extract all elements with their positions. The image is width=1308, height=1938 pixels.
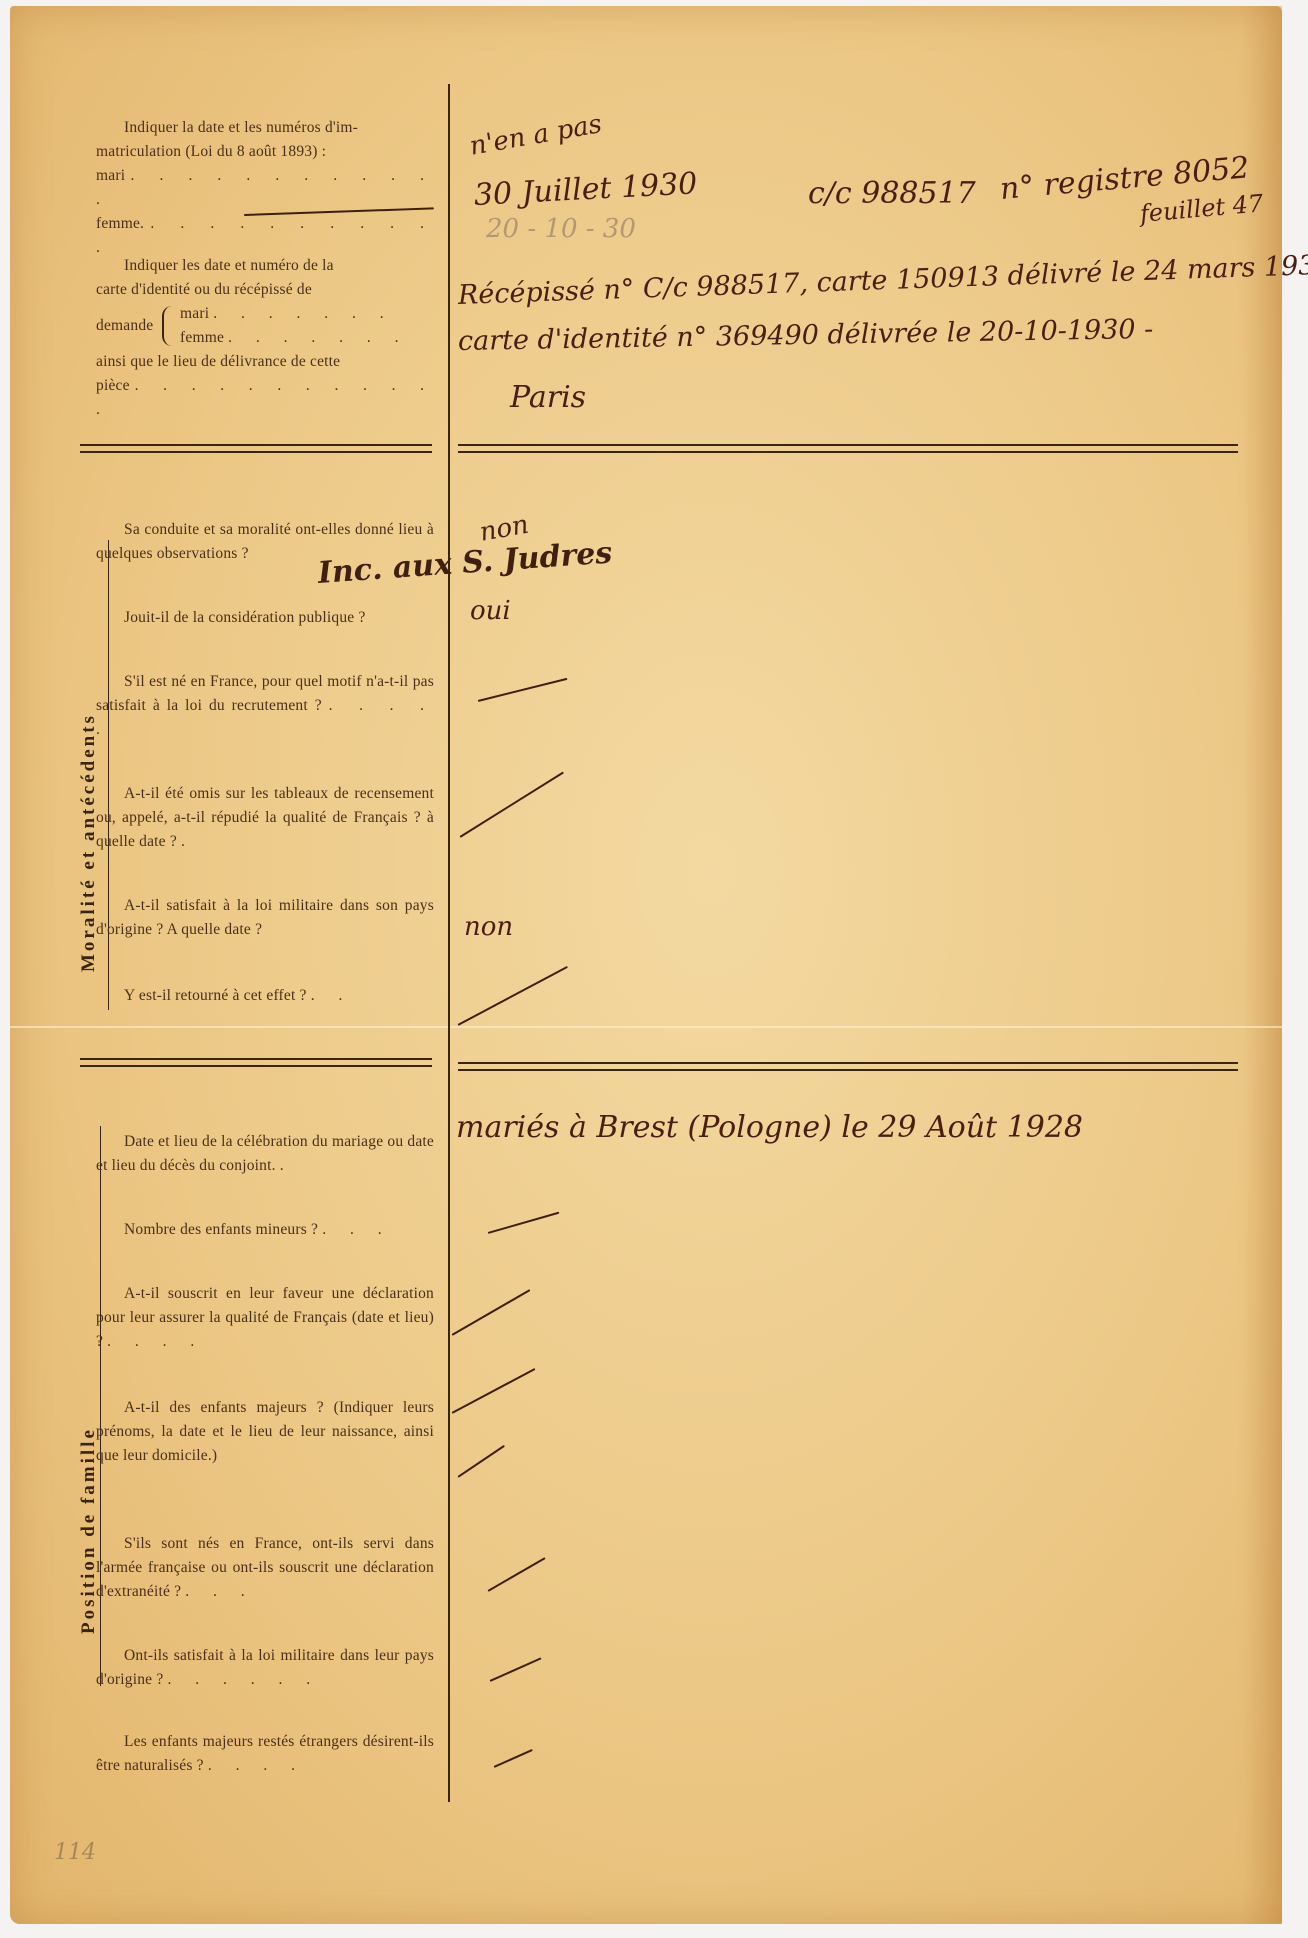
question-loi-militaire: A-t-il satisfait à la loi militaire dans… — [96, 894, 434, 942]
q2-femme-label: femme — [180, 329, 224, 346]
question-text: A-t-il satisfait à la loi militaire dans… — [96, 897, 434, 938]
question-naturalisation: Les enfants majeurs restés étrangers dés… — [96, 1730, 434, 1778]
handwritten-immat-ref: c/c 988517 — [808, 176, 976, 211]
pencil-note-date: 20 - 10 - 30 — [486, 214, 636, 244]
question-recensement: A-t-il été omis sur les tableaux de rece… — [96, 782, 434, 854]
corner-pencil-mark: 114 — [54, 1840, 96, 1865]
handwritten-militaire-origine: non — [464, 912, 513, 942]
handwritten-consideration: oui — [470, 596, 511, 626]
handwritten-mariage: mariés à Brest (Pologne) le 29 Août 1928 — [456, 1110, 1083, 1145]
q2-line3: ainsi que le lieu de délivrance de cette — [96, 350, 434, 374]
column-divider — [448, 84, 450, 1802]
question-consideration: Jouit-il de la considération publique ? — [96, 606, 434, 630]
q2-demande-label: demande — [96, 314, 153, 338]
question-carte-identite: Indiquer les date et numéro de la carte … — [96, 254, 434, 422]
section-divider-right — [458, 444, 1238, 453]
brace-icon — [162, 306, 174, 346]
q2-mari-label: mari — [180, 305, 209, 322]
q1-femme-label: femme. — [96, 215, 144, 232]
question-text: S'ils sont nés en France, ont-ils servi … — [96, 1535, 434, 1600]
question-text: Nombre des enfants mineurs ? — [124, 1221, 318, 1238]
section-divider-right — [458, 1062, 1238, 1071]
question-immatriculation: Indiquer la date et les numéros d'im- ma… — [96, 116, 434, 260]
question-text: Y est-il retourné à cet effet ? — [124, 987, 307, 1004]
q1-line2: matriculation (Loi du 8 août 1893) : — [96, 140, 434, 164]
question-text: A-t-il des enfants majeurs ? (Indiquer l… — [96, 1399, 434, 1464]
question-armee: S'ils sont nés en France, ont-ils servi … — [96, 1532, 434, 1604]
q2-line2: carte d'identité ou du récépissé de — [96, 278, 434, 302]
question-mariage: Date et lieu de la célébration du mariag… — [96, 1130, 434, 1178]
section-divider-left — [80, 1058, 432, 1067]
paper-edge-shadow — [1242, 6, 1282, 1924]
question-text: Date et lieu de la célébration du mariag… — [96, 1133, 434, 1174]
paper-fold-line — [10, 1026, 1282, 1028]
q1-mari-label: mari — [96, 167, 125, 184]
question-enfants-mineurs: Nombre des enfants mineurs ? . . . — [96, 1218, 434, 1242]
question-declaration: A-t-il souscrit en leur faveur une décla… — [96, 1282, 434, 1354]
q2-line1: Indiquer les date et numéro de la — [124, 257, 334, 274]
question-recrutement: S'il est né en France, pour quel motif n… — [96, 670, 434, 742]
question-enfants-majeurs: A-t-il des enfants majeurs ? (Indiquer l… — [96, 1396, 434, 1468]
question-loi-militaire-enfants: Ont-ils satisfait à la loi militaire dan… — [96, 1644, 434, 1692]
question-retourne: Y est-il retourné à cet effet ? . . — [96, 984, 434, 1008]
section-divider-left — [80, 444, 432, 453]
question-text: Jouit-il de la considération publique ? — [124, 609, 366, 626]
handwritten-lieu: Paris — [510, 380, 586, 415]
question-text: A-t-il été omis sur les tableaux de rece… — [96, 785, 434, 850]
q2-line4: pièce — [96, 377, 130, 394]
q1-line1: Indiquer la date et les numéros d'im- — [124, 119, 358, 136]
